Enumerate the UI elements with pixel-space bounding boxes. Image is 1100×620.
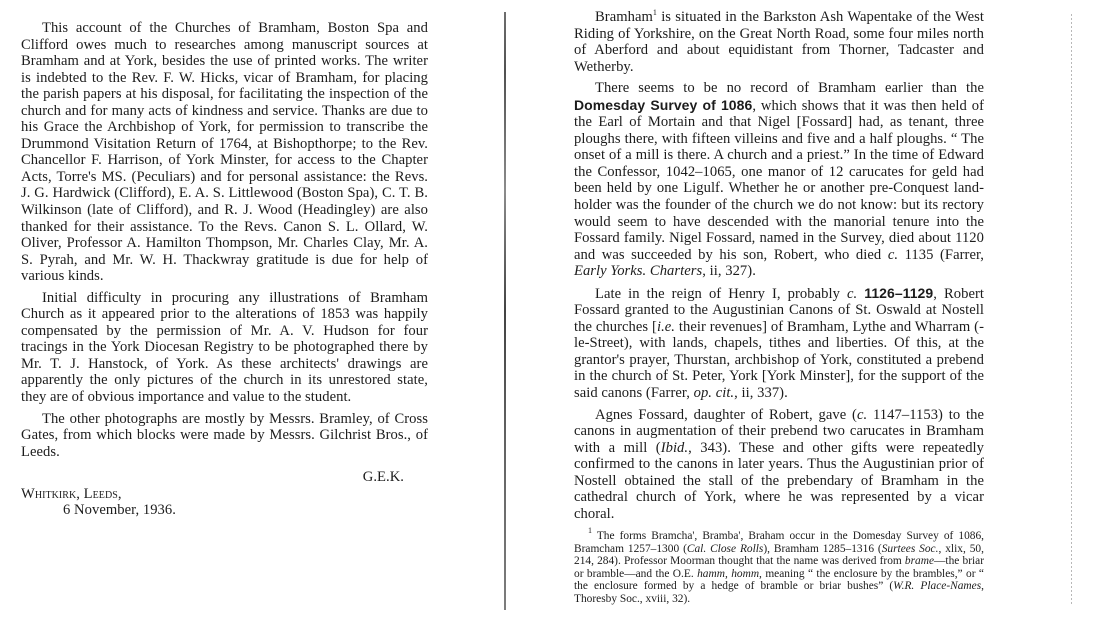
paragraph-henry-i: Late in the reign of Henry I, probably c…	[574, 285, 984, 402]
italic-circa: c.	[857, 407, 867, 423]
text-run: , ii, 327).	[702, 263, 756, 279]
place-name: Bramham	[595, 9, 653, 25]
text-run: , which shows that it was then held of t…	[574, 98, 984, 263]
paragraph-location: Bramham1 is situated in the Barkston Ash…	[574, 9, 984, 75]
italic-ibid: Ibid.	[661, 440, 688, 456]
italic-term: brame	[905, 555, 934, 567]
text-run: ), Bramham 1285–1316 (	[763, 543, 881, 555]
italic-circa: c.	[888, 247, 898, 263]
right-page: Bramham1 is situated in the Barkston Ash…	[506, 0, 1100, 620]
signature-place: Whitkirk, Leeds,	[21, 486, 428, 503]
italic-citation: W.R. Place-Names	[893, 580, 981, 592]
preface-paragraph-photographs: The other photographs are mostly by Mess…	[21, 411, 428, 461]
preface-text: This account of the Churches of Bramham,…	[21, 20, 428, 519]
left-page: This account of the Churches of Bramham,…	[0, 0, 505, 620]
italic-citation: Early Yorks. Charters	[574, 263, 702, 279]
bold-date-range: 1126–1129	[864, 285, 933, 301]
bold-heading-domesday: Domesday Survey of 1086	[574, 97, 752, 113]
italic-op-cit: op. cit.	[694, 385, 735, 401]
italic-term: hamm, homm,	[697, 568, 762, 580]
text-run: 1135 (Farrer,	[898, 247, 984, 263]
footnote: 1 The forms Bramcha', Bramba', Braham oc…	[574, 530, 984, 606]
text-run: , ii, 337).	[734, 385, 788, 401]
italic-citation: Cal. Close Rolls	[687, 543, 764, 555]
history-text: Bramham1 is situated in the Barkston Ash…	[574, 9, 984, 522]
italic-ie: i.e.	[657, 319, 675, 335]
text-run: Agnes Fossard, daughter of Robert, gave …	[595, 407, 857, 423]
paragraph-domesday: There seems to be no record of Bramham e…	[574, 80, 984, 280]
paragraph-agnes-fossard: Agnes Fossard, daughter of Robert, gave …	[574, 407, 984, 523]
page-edge-line	[1071, 14, 1072, 606]
italic-citation: Surtees Soc.	[882, 543, 939, 555]
preface-paragraph-acknowledgements: This account of the Churches of Bramham,…	[21, 20, 428, 285]
author-initials: G.E.K.	[21, 469, 428, 486]
footnote-text: 1 The forms Bramcha', Bramba', Braham oc…	[574, 530, 984, 606]
signature-date: 6 November, 1936.	[21, 502, 428, 519]
italic-circa: c.	[847, 286, 857, 302]
text-run: There seems to be no record of Bramham e…	[595, 80, 984, 96]
text-run: Late in the reign of Henry I, probably	[595, 286, 847, 302]
preface-paragraph-illustrations: Initial difficulty in procuring any illu…	[21, 290, 428, 406]
